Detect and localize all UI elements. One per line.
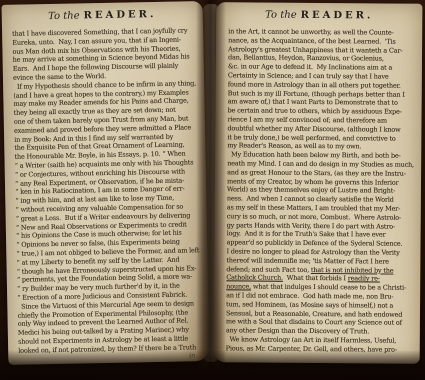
right-page: To theREADER. in the Art, it cannot be u… [214, 2, 423, 364]
underlined-text: readily re- [348, 275, 380, 283]
underlined-text: nounce, [226, 282, 251, 290]
right-page-text: in the Art, it cannot be unworthy, as we… [214, 24, 423, 354]
right-page-header: To theREADER. [216, 2, 422, 26]
underlined-text: that is not inhibited by the [311, 265, 394, 274]
header-prefix: To the [265, 10, 297, 21]
left-page-text: that I have discovered Something, that I… [2, 23, 209, 355]
underlined-text: Catholick Church. [226, 274, 283, 282]
text-segment: defend; and such Fact too, [226, 265, 311, 274]
header-word: READER. [84, 9, 157, 21]
book-photo: To theREADER. that I have discovered Som… [0, 0, 425, 380]
left-page: To theREADER. that I have discovered Som… [2, 1, 210, 365]
text-segment: what that indulges I should cease to be … [251, 283, 406, 292]
header-prefix: To the [48, 10, 80, 22]
header-word: READER. [301, 10, 374, 22]
text-line: Pious, as Mr. Carpenter, Dr. Gell, and o… [226, 344, 413, 354]
text-segment: What that forbids I [283, 274, 348, 283]
